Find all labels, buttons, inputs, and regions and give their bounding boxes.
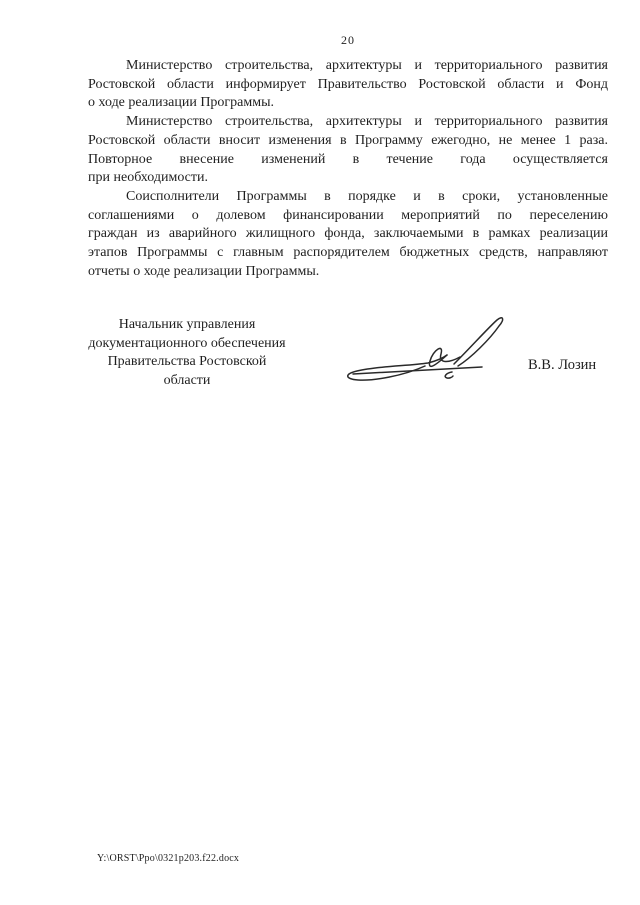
paragraph-line: Министерство строительства, архитектуры … <box>88 57 608 76</box>
document-body: Министерство строительства, архитектуры … <box>88 57 608 281</box>
signatory-position: Начальник управления документационного о… <box>88 316 286 391</box>
paragraph: Соисполнители Программы в порядке и в ср… <box>88 188 608 282</box>
paragraph-line: при необходимости. <box>88 169 608 188</box>
signatory-position-line: Начальник управления <box>88 316 286 335</box>
paragraph-line: этапов Программы с главным распорядителе… <box>88 244 608 263</box>
signatory-position-line: документационного обеспечения <box>88 335 286 354</box>
paragraph-line: отчеты о ходе реализации Программы. <box>88 263 608 282</box>
paragraph-line: граждан из аварийного жилищного фонда, з… <box>88 225 608 244</box>
paragraph-line: соглашениями о долевом финансировании ме… <box>88 207 608 226</box>
paragraph: Министерство строительства, архитектуры … <box>88 57 608 113</box>
document-page: 20 Министерство строительства, архитекту… <box>0 0 640 905</box>
paragraph-line: о ходе реализации Программы. <box>88 94 608 113</box>
paragraph-line: Министерство строительства, архитектуры … <box>88 113 608 132</box>
paragraph-line: Ростовской области вносит изменения в Пр… <box>88 132 608 151</box>
document-file-path: Y:\ORST\Ppo\0321p203.f22.docx <box>97 853 239 864</box>
paragraph-line: Соисполнители Программы в порядке и в ср… <box>88 188 608 207</box>
paragraph-line: Ростовской области информирует Правитель… <box>88 76 608 95</box>
handwritten-signature-icon <box>333 314 508 386</box>
signatory-position-line: Правительства Ростовской области <box>88 353 286 390</box>
paragraph: Министерство строительства, архитектуры … <box>88 113 608 188</box>
paragraph-line: Повторное внесение изменений в течение г… <box>88 151 608 170</box>
page-number: 20 <box>88 33 608 48</box>
signer-name: В.В. Лозин <box>528 357 596 374</box>
